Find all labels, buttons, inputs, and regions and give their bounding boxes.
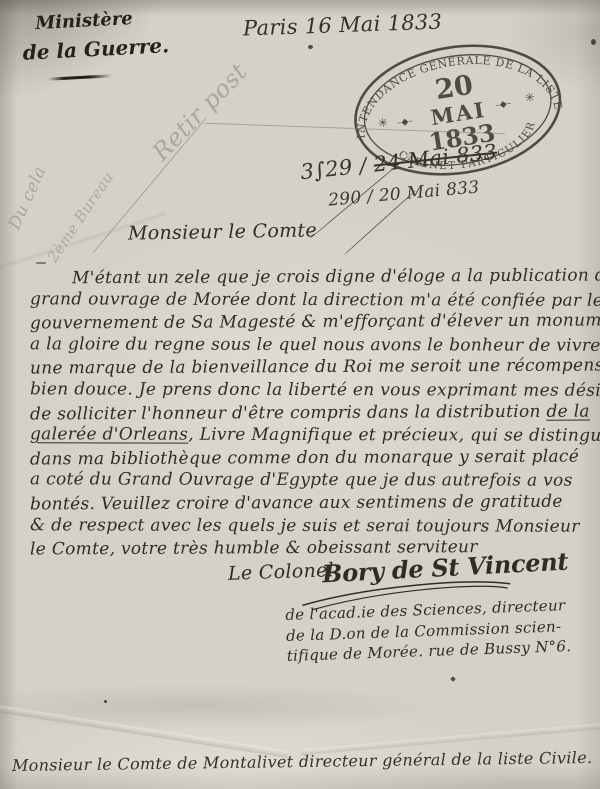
- letterhead-flourish-rule: [48, 74, 112, 80]
- salutation: Monsieur le Comte: [128, 219, 317, 244]
- underlined-phrase: galerée d'Orleans: [30, 424, 188, 444]
- diamond-right-icon: –◆–: [495, 99, 513, 111]
- scanned-letter-page: Ministère de la Guerre. Paris 16 Mai 183…: [0, 0, 600, 789]
- ink-speck: [36, 262, 46, 264]
- letterhead-ministry: Ministère: [21, 6, 168, 35]
- body-line: bien douce. Je prens donc la liberté en …: [30, 378, 586, 402]
- body-line: galerée d'Orleans, Livre Magnifique et p…: [30, 423, 586, 447]
- body-line-segment: , Livre Magnifique et précieux, qui se d…: [188, 425, 600, 446]
- ink-speck: [104, 700, 107, 703]
- dateline: Paris 16 Mai 1833: [243, 10, 443, 41]
- body-line: a la gloire du regne sous le quel nous a…: [30, 333, 586, 357]
- letterhead: Ministère de la Guerre.: [21, 6, 170, 65]
- recipient-address: Monsieur le Comte de Montalivet directeu…: [12, 748, 593, 775]
- body-line: dans ma bibliothèque comme don du monarq…: [30, 445, 586, 471]
- body-line: une marque de la bienveillance du Roi me…: [30, 355, 586, 381]
- underlined-phrase: de la: [546, 401, 590, 421]
- body-line: a coté du Grand Ouvrage d'Egypte que je …: [30, 469, 586, 493]
- body-line: & de respect avec les quels je suis et s…: [30, 514, 586, 538]
- paper-crease: [0, 672, 600, 742]
- paper-crease: [0, 701, 289, 758]
- body-line-segment: de solliciter l'honneur d'être compris d…: [30, 401, 547, 424]
- pencil-note-margin-2: 2ème Bureau: [44, 168, 118, 265]
- pencil-note-margin-1: Du cela: [5, 163, 51, 233]
- signature-credentials: de l'acad.ie des Sciences, directeur de …: [285, 595, 572, 666]
- ink-speck: [308, 45, 313, 49]
- letter-body: M'étant un zele que je crois digne d'élo…: [30, 266, 586, 560]
- signature-prefix: Le Colonel: [228, 559, 335, 585]
- ink-speck: [450, 676, 456, 682]
- ink-speck: [591, 39, 596, 45]
- diamond-left-icon: –◆–: [396, 116, 414, 128]
- rosette-right-icon: ✳: [524, 90, 536, 105]
- body-line: bontés. Veuillez croire d'avance aux sen…: [30, 490, 586, 516]
- body-line: de solliciter l'honneur d'être compris d…: [30, 400, 586, 426]
- body-line: M'étant un zele que je crois digne d'élo…: [30, 265, 586, 291]
- pencil-note-large: Retir post: [147, 58, 253, 166]
- body-line: gouvernement de Sa Magesté & m'efforçant…: [30, 310, 586, 336]
- letterhead-department: de la Guerre.: [22, 33, 169, 65]
- body-line: grand ouvrage de Morée dont la direction…: [30, 288, 586, 312]
- registry-number: 3∫29 /: [299, 153, 368, 184]
